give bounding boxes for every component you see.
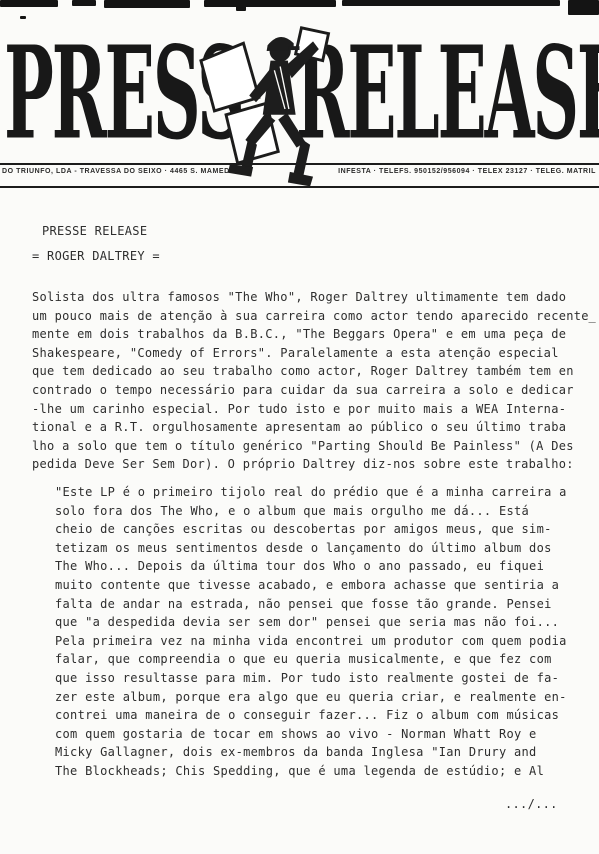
scan-artifact [204,0,336,7]
text-line: falar, que compreendia o que eu queria m… [55,650,567,669]
text-line: Solista dos ultra famosos "The Who", Rog… [32,288,596,307]
scan-artifact [104,0,190,8]
document-subheading: = ROGER DALTREY = [32,247,160,266]
daltrey-quote-block: "Este LP é o primeiro tijolo real do pré… [55,483,567,781]
continuation-mark: .../... [505,795,558,814]
text-line: solo fora dos The Who, e o album que mai… [55,502,567,521]
intro-paragraph: Solista dos ultra famosos "The Who", Rog… [32,288,596,474]
text-line: tional e a R.T. orgulhosamente apresenta… [32,418,596,437]
text-line: que isso resultasse para mim. Por tudo i… [55,669,567,688]
text-line: falta de andar na estrada, não pensei qu… [55,595,567,614]
text-line: "Este LP é o primeiro tijolo real do pré… [55,483,567,502]
address-right-text: INFESTA · TELEFS. 950152/956094 · TELEX … [338,168,596,175]
text-line: The Blockheads; Chis Spedding, que é uma… [55,762,567,781]
text-line: contrado o tempo necessário para cuidar … [32,381,596,400]
scan-artifact [0,0,58,7]
scan-artifact [568,0,599,15]
text-line: que tem dedicado ao seu trabalho como ac… [32,362,596,381]
text-line: tetizam os meus sentimentos desde o lanç… [55,539,567,558]
text-line: cheio de canções escritas ou descobertas… [55,520,567,539]
text-line: que "a despedida devia ser sem dor" pens… [55,613,567,632]
text-line: muito contente que tivesse acabado, e em… [55,576,567,595]
text-line: mente em dois trabalhos da B.B.C., "The … [32,325,596,344]
scan-artifact [72,0,96,6]
text-line: Pela primeira vez na minha vida encontre… [55,632,567,651]
text-line: com quem gostaria de tocar em shows ao v… [55,725,567,744]
text-line: zer este album, porque era algo que eu q… [55,688,567,707]
text-line: The Who... Depois da última tour dos Who… [55,557,567,576]
text-line: Micky Gallagner, dois ex-membros da band… [55,743,567,762]
scan-artifact [236,6,246,11]
running-newsboy-icon [193,22,348,196]
text-line: contrei uma maneira de o conseguir fazer… [55,706,567,725]
scan-artifact [342,0,560,6]
text-line: pedida Deve Ser Sem Dor). O próprio Dalt… [32,455,596,474]
document-heading: PRESSE RELEASE [42,222,147,241]
text-line: Shakespeare, "Comedy of Errors". Paralel… [32,344,596,363]
scanned-press-release-page: PRESS RELEASE DO TRIUNFO, LDA - TRAVESSA… [0,0,599,854]
text-line: -lhe um carinho especial. Por tudo isto … [32,400,596,419]
text-line: um pouco mais de atenção à sua carreira … [32,307,596,326]
text-line: lho a solo que tem o título genérico "Pa… [32,437,596,456]
